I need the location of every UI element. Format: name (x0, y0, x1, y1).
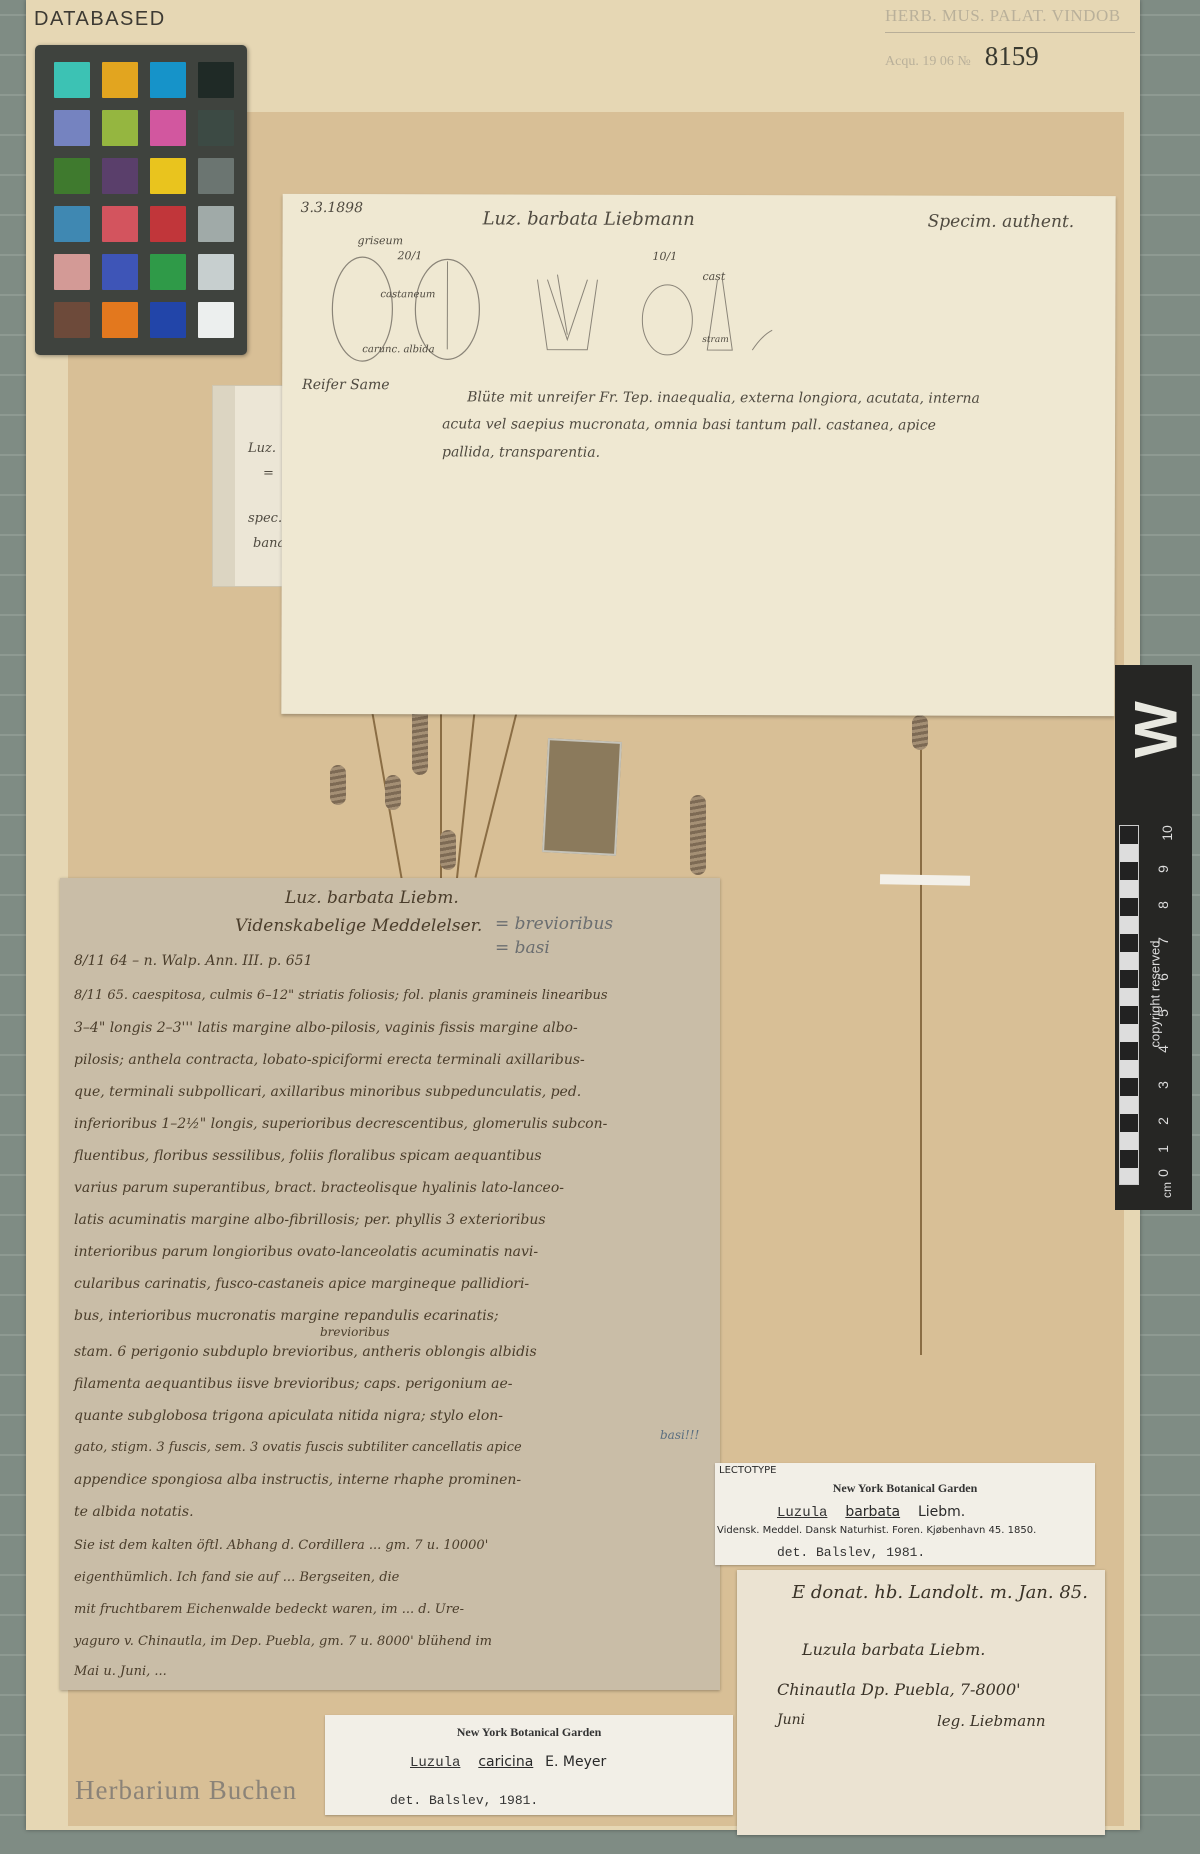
determination: det. Balslev, 1981. (390, 1793, 538, 1808)
colour-swatch (150, 110, 186, 146)
annotation-castaneum: castaneum (380, 289, 435, 300)
ruler-scale-bar (1119, 825, 1139, 1185)
colour-swatch (54, 254, 90, 290)
letter-line: filamenta aequantibus iisve brevioribus;… (74, 1376, 513, 1392)
genus: Luzula (777, 1505, 827, 1521)
colour-swatch (150, 254, 186, 290)
collector-line: leg. Liebmann (937, 1712, 1046, 1730)
ruler-tick: 3 (1155, 1081, 1171, 1089)
mounting-strip (880, 874, 970, 886)
letter-line: cularibus carinatis, fusco-castaneis api… (74, 1276, 529, 1292)
handwritten-description-page: Luz. barbata Liebm. Videnskabelige Medde… (60, 878, 720, 1690)
drawing-authenticity: Specim. authent. (928, 212, 1075, 232)
ruler-tick: 6 (1155, 973, 1171, 981)
letter-line: eigenthümlich. Ich fand sie auf ... Berg… (74, 1570, 399, 1585)
description-line: Blüte mit unreifer Fr. Tep. inaequalia, … (467, 389, 980, 406)
letter-line: gato, stigm. 3 fuscis, sem. 3 ovatis fus… (74, 1440, 522, 1455)
letter-line: Mai u. Juni, ... (74, 1664, 167, 1679)
lectotype-status: LECTOTYPE (719, 1465, 776, 1476)
letter-line: mit fruchtbarem Eichenwalde bedeckt ware… (74, 1602, 464, 1617)
flower-spike (330, 765, 346, 805)
letter-line: latis acuminatis margine albo-fibrillosi… (74, 1212, 546, 1228)
species: caricina (478, 1754, 533, 1770)
drawing-title: Luz. barbata Liebmann (483, 208, 695, 230)
colour-swatch (198, 110, 234, 146)
ruler-tick: 1 (1155, 1145, 1171, 1153)
letter-line: 8/11 65. caespitosa, culmis 6–12" striat… (74, 988, 608, 1003)
letter-line: pilosis; anthela contracta, lobato-spici… (74, 1052, 585, 1068)
mica-capsule-envelope (542, 738, 622, 856)
colour-swatch (54, 62, 90, 98)
letter-line: fluentibus, floribus sessilibus, foliis … (74, 1148, 542, 1164)
handwritten-collection-label: E donat. hb. Landolt. m. Jan. 85. Luzula… (737, 1570, 1105, 1835)
packet-text: bana (253, 536, 285, 551)
determination: det. Balslev, 1981. (777, 1545, 925, 1560)
author: E. Meyer (545, 1754, 606, 1770)
basi-note: basi!!! (660, 1428, 699, 1442)
packet-text: Luz. (248, 441, 276, 456)
letter-source: Videnskabelige Meddelelser. (235, 916, 482, 936)
colour-swatch (54, 302, 90, 338)
accession-number: 8159 (985, 41, 1039, 71)
publication-reference: Vidensk. Meddel. Dansk Naturhist. Foren.… (717, 1525, 1036, 1536)
taxon-line: Luzula barbata Liebm. (802, 1640, 985, 1659)
colour-swatch (102, 302, 138, 338)
donation-line: E donat. hb. Landolt. m. Jan. 85. (792, 1582, 1088, 1603)
colour-swatch (150, 302, 186, 338)
botanical-drawing-sheet: 3.3.1898 Luz. barbata Liebmann Specim. a… (281, 194, 1115, 716)
description-line: acuta vel saepius mucronata, omnia basi … (442, 416, 936, 433)
drawing-date: 3.3.1898 (301, 200, 363, 216)
lectotype-label: LECTOTYPE New York Botanical Garden Luzu… (715, 1463, 1095, 1565)
flower-spike (385, 775, 401, 810)
letter-line: stam. 6 perigonio subduplo brevioribus, … (74, 1344, 537, 1360)
annotation-griseum: griseum (358, 234, 404, 247)
inserted-word: brevioribus (320, 1325, 390, 1339)
ruler-tick: 9 (1155, 865, 1171, 873)
flower-spike (690, 795, 706, 875)
plant-stem (920, 715, 922, 1355)
colour-swatch (150, 158, 186, 194)
letter-line: yaguro v. Chinautla, im Dep. Puebla, gm.… (74, 1634, 492, 1649)
colour-swatch (198, 62, 234, 98)
annotation-magnification: 10/1 (653, 250, 678, 263)
colour-swatch (150, 206, 186, 242)
caricina-determination-label: New York Botanical Garden Luzula caricin… (325, 1715, 733, 1815)
annotation-cast: cast (702, 270, 725, 283)
packet-fold (213, 386, 235, 586)
letter-line: 8/11 64 – n. Walp. Ann. III. p. 651 (74, 953, 313, 969)
letter-line: appendice spongiosa alba instructis, int… (74, 1472, 521, 1488)
letter-title: Luz. barbata Liebm. (285, 888, 459, 908)
letter-line: quante subglobosa trigona apiculata niti… (74, 1408, 503, 1424)
letter-line: varius parum superantibus, bract. bracte… (74, 1180, 564, 1196)
museum-accession-stamp: HERB. MUS. PALAT. VINDOB Acqu. 19 06 №81… (885, 6, 1135, 72)
letter-line: te albida notatis. (74, 1504, 194, 1520)
accession-line: Acqu. 19 06 №8159 (885, 41, 1135, 72)
scale-ruler: W copyright reserved 10 9 8 7 6 5 4 3 2 … (1115, 665, 1192, 1210)
annotation-caruncle: carunc. albida (362, 344, 434, 355)
colour-swatch (150, 62, 186, 98)
margin-note: = basi (495, 938, 550, 958)
museum-stamp-line: HERB. MUS. PALAT. VINDOB (885, 6, 1135, 33)
flower-spike (440, 830, 456, 870)
accession-year: Acqu. 19 06 № (885, 54, 971, 69)
herbarium-logo: W (1122, 695, 1191, 765)
annotation-magnification: 20/1 (398, 249, 423, 262)
ruler-tick: 4 (1155, 1045, 1171, 1053)
colour-swatch (102, 62, 138, 98)
colour-swatch (54, 110, 90, 146)
colour-swatch (54, 158, 90, 194)
databased-stamp: DATABASED (34, 8, 166, 31)
letter-line: interioribus parum longioribus ovato-lan… (74, 1244, 538, 1260)
herbarium-buchen-stamp: Herbarium Buchen (75, 1775, 297, 1806)
ruler-tick: 2 (1155, 1117, 1171, 1125)
colour-calibration-card (35, 45, 247, 355)
ruler-tick: 7 (1155, 937, 1171, 945)
taxon-name: Luzula caricina E. Meyer (410, 1753, 606, 1771)
drawing-left-caption: Reifer Same (302, 377, 389, 393)
ruler-tick: 5 (1155, 1009, 1171, 1017)
packet-text: = (263, 466, 274, 481)
species: barbata (845, 1504, 900, 1520)
locality-line: Chinautla Dp. Puebla, 7-8000' (777, 1680, 1021, 1699)
flower-spike (912, 715, 928, 750)
colour-swatch (198, 158, 234, 194)
letter-line: Sie ist dem kalten öftl. Abhang d. Cordi… (74, 1538, 488, 1553)
genus: Luzula (410, 1755, 460, 1771)
colour-swatch (102, 158, 138, 194)
colour-swatch (102, 110, 138, 146)
ruler-tick: 0 (1155, 1169, 1171, 1177)
institution-name: New York Botanical Garden (325, 1725, 733, 1740)
ruler-tick: 10 (1159, 825, 1175, 841)
month-line: Juni (777, 1712, 805, 1728)
letter-line: 3–4" longis 2–3''' latis margine albo-pi… (74, 1020, 578, 1036)
taxon-name: Luzula barbata Liebm. (777, 1503, 965, 1521)
letter-line: inferioribus 1–2½" longis, superioribus … (74, 1116, 607, 1132)
letter-line: bus, interioribus mucronatis margine rep… (74, 1308, 499, 1324)
annotation-stram: stram (702, 335, 728, 345)
description-line: pallida, transparentia. (442, 444, 600, 460)
colour-swatch (102, 254, 138, 290)
letter-line: que, terminali subpollicari, axillaribus… (74, 1084, 581, 1100)
margin-note: = brevioribus (495, 914, 613, 934)
author: Liebm. (918, 1504, 965, 1520)
colour-swatch (198, 206, 234, 242)
colour-swatch (54, 206, 90, 242)
colour-swatch (198, 302, 234, 338)
ruler-tick: 8 (1155, 901, 1171, 909)
ruler-unit: cm (1160, 1182, 1174, 1198)
institution-name: New York Botanical Garden (715, 1481, 1095, 1496)
colour-swatch (102, 206, 138, 242)
colour-swatch (198, 254, 234, 290)
